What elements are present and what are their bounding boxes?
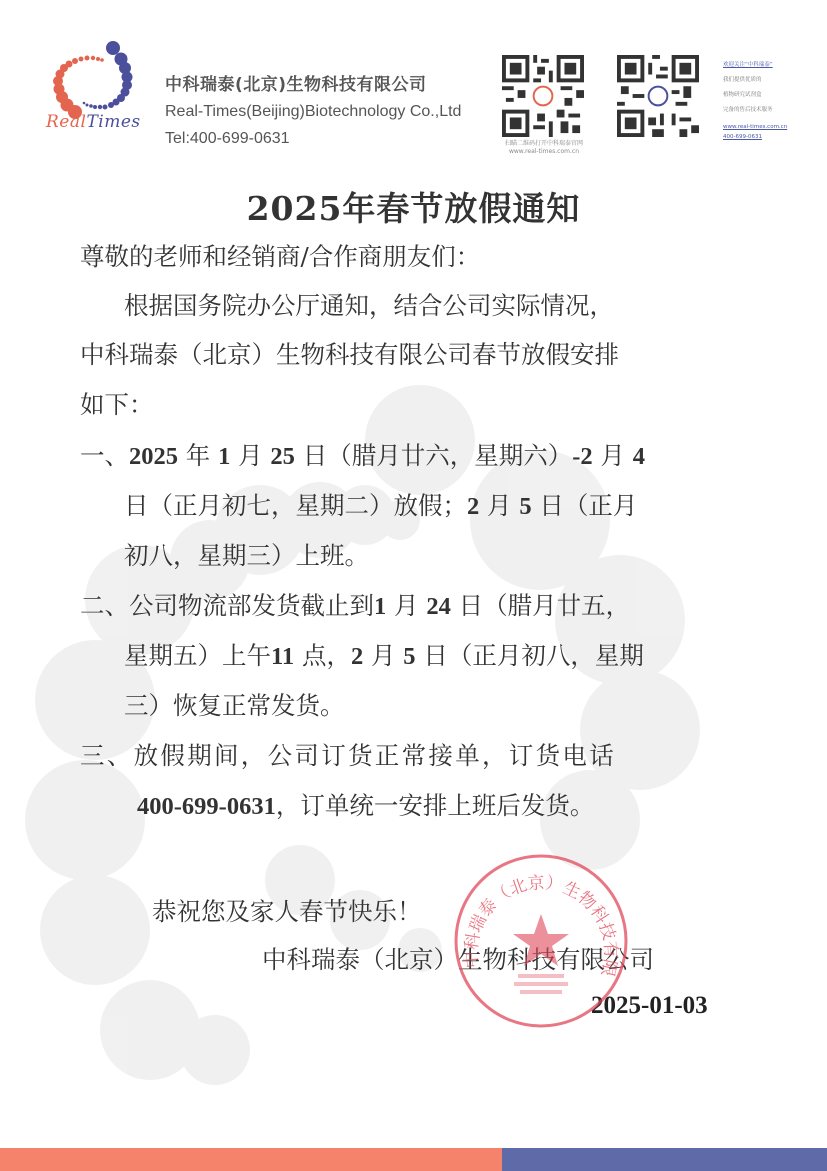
day-25: 25 [270, 443, 295, 470]
company-telephone: Tel:400-699-0631 [165, 130, 461, 148]
logo-wordmark: RealTimes [46, 112, 141, 132]
item-1-line-2: 日（正月初七，星期二）放假；2 月 5 日（正月 [124, 487, 637, 522]
text: 放假期间，公司订货正常接单，订货电话 [134, 741, 616, 770]
promo-line4: 完备的售后技术服务 [723, 103, 787, 118]
logo-word-times: Times [86, 112, 140, 132]
order-phone-number: 400-699-0631 [137, 793, 276, 820]
month-1: 1 [374, 593, 386, 620]
month-1: 1 [218, 443, 230, 470]
promo-line3: 植物研究试剂盒 [723, 88, 787, 103]
qr-caption: 扫瞄二维码打开中科瑞泰官网 www.real-times.com.cn [496, 140, 592, 156]
text: 星期五）上午 [124, 641, 271, 670]
promo-line1: 欢迎关注“中科瑞泰” [723, 58, 787, 73]
month-2: 2 [351, 643, 363, 670]
notice-title: 2025年春节放假通知 [0, 183, 827, 230]
item-2-marker: 二、 [80, 591, 129, 620]
item-1-line-3: 初八，星期三）上班。 [124, 537, 369, 572]
item-2-line-1: 二、公司物流部发货截止到1 月 24 日（腊月廿五， [80, 587, 630, 622]
promo-phone: 400-699-0631 [723, 132, 787, 142]
text: 月 [230, 441, 270, 470]
month-2: -2 [572, 443, 592, 470]
greeting: 尊敬的老师和经销商/合作商朋友们： [80, 238, 480, 273]
hour-11: 11 [271, 643, 294, 670]
day-5: 5 [403, 643, 415, 670]
text: 月 [479, 491, 519, 520]
company-seal-icon: 中科瑞泰（北京）生物科技有限公司 [452, 852, 630, 1030]
footer-bar-blue [502, 1148, 827, 1171]
text: 点， [294, 641, 351, 670]
text: ，订单统一安排上班后发货。 [276, 791, 595, 820]
item-1-marker: 一、 [80, 441, 129, 470]
intro-line-3: 如下： [80, 386, 154, 421]
footer-bar-orange [0, 1148, 502, 1171]
promo-line2: 我们提供优质的 [723, 73, 787, 88]
intro-line-2: 中科瑞泰（北京）生物科技有限公司春节放假安排 [80, 336, 619, 371]
intro-line-1: 根据国务院办公厅通知，结合公司实际情况， [124, 287, 614, 322]
text: 公司物流部发货截止到 [129, 591, 374, 620]
text: 年 [178, 441, 218, 470]
day-4: 4 [633, 443, 645, 470]
item-3-line-2: 400-699-0631，订单统一安排上班后发货。 [137, 787, 594, 822]
text: 月 [363, 641, 403, 670]
company-name-en: Real-Times(Beijing)Biotechnology Co.,Ltd [165, 103, 461, 121]
logo-word-real: Real [46, 112, 86, 132]
day-5: 5 [519, 493, 531, 520]
closing-greeting: 恭祝您及家人春节快乐！ [152, 893, 422, 928]
seal-text: 中科瑞泰（北京）生物科技有限公司 [452, 852, 620, 978]
qr-code-website-icon [502, 55, 584, 137]
day-24: 24 [426, 593, 451, 620]
item-1-line-1: 一、2025 年 1 月 25 日（腊月廿六，星期六）-2 月 4 [80, 437, 645, 472]
text: 日（正月初七，星期二）放假； [124, 491, 467, 520]
promo-website: www.real-times.com.cn [723, 122, 787, 132]
qr-code-wechat-icon [617, 55, 699, 137]
month-2: 2 [467, 493, 479, 520]
qr-caption-line2: www.real-times.com.cn [496, 148, 592, 156]
qr-caption-line1: 扫瞄二维码打开中科瑞泰官网 [496, 140, 592, 148]
text: 日（腊月廿五， [451, 591, 630, 620]
company-name-cn: 中科瑞泰(北京)生物科技有限公司 [165, 70, 461, 95]
text: 月 [386, 591, 426, 620]
item-3-line-1: 三、放假期间，公司订货正常接单，订货电话 [80, 737, 616, 772]
year-2025: 2025 [129, 443, 178, 470]
item-2-line-2: 星期五）上午11 点，2 月 5 日（正月初八，星期 [124, 637, 644, 672]
text: 日（腊月廿六，星期六） [295, 441, 572, 470]
company-info: 中科瑞泰(北京)生物科技有限公司 Real-Times(Beijing)Biot… [165, 70, 461, 148]
text: 月 [593, 441, 633, 470]
wechat-promo-text: 欢迎关注“中科瑞泰” 我们提供优质的 植物研究试剂盒 完备的售后技术服务 www… [723, 58, 787, 142]
item-3-marker: 三、 [80, 741, 134, 770]
text: 日（正月 [532, 491, 638, 520]
text: 日（正月初八，星期 [416, 641, 644, 670]
svg-text:中科瑞泰（北京）生物科技有限公司: 中科瑞泰（北京）生物科技有限公司 [452, 852, 620, 978]
item-2-line-3: 三）恢复正常发货。 [124, 687, 345, 722]
letterhead: RealTimes 中科瑞泰(北京)生物科技有限公司 Real-Times(Be… [0, 0, 827, 170]
